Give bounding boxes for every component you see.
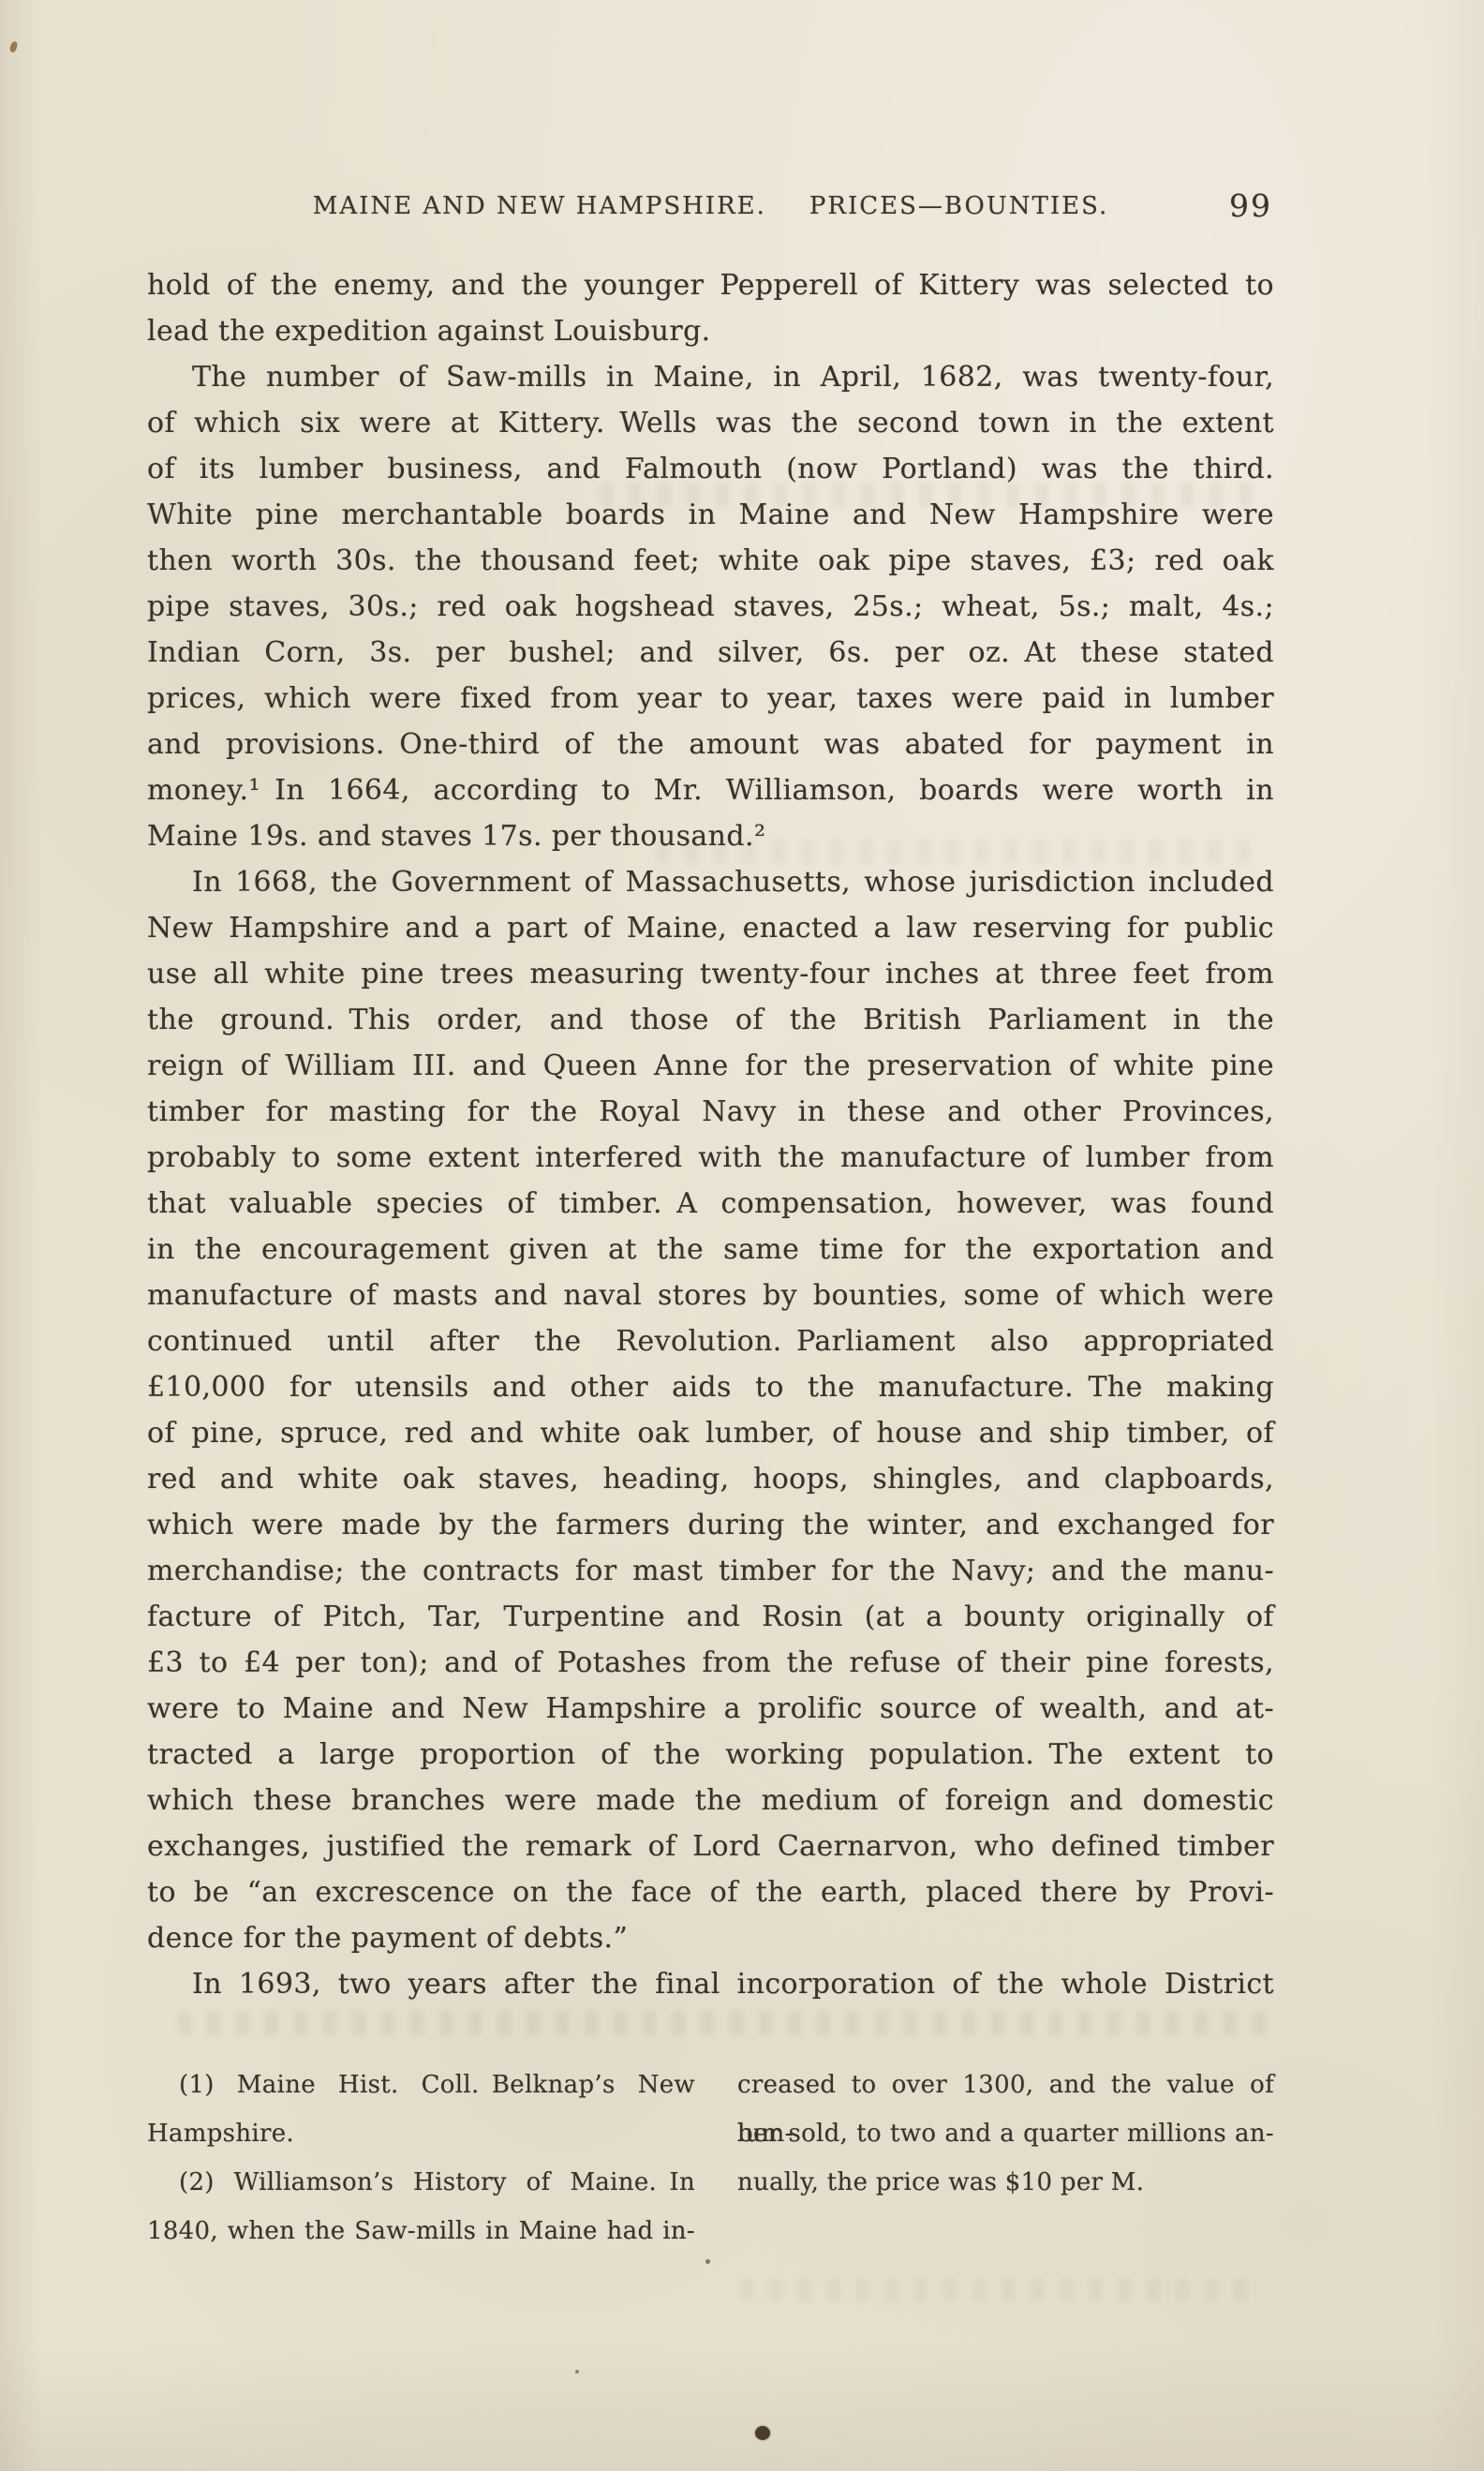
- body-line: hold of the enemy, and the younger Peppe…: [147, 262, 1274, 308]
- body-line: Indian Corn, 3s. per bushel; and silver,…: [147, 630, 1274, 676]
- body-line: were to Maine and New Hampshire a prolif…: [147, 1686, 1274, 1732]
- body-line: £3 to £4 per ton); and of Potashes from …: [147, 1640, 1274, 1686]
- body-line: manufacture of masts and naval stores by…: [147, 1273, 1274, 1318]
- footnote-line: (2) Williamson’s History of Maine. In: [147, 2158, 695, 2207]
- body-line: Maine 19s. and staves 17s. per thousand.…: [147, 813, 1274, 859]
- body-line: The number of Saw-mills in Maine, in Apr…: [147, 354, 1274, 400]
- body-line: White pine merchantable boards in Maine …: [147, 492, 1274, 538]
- footnote-line: nually, the price was $10 per M.: [737, 2158, 1274, 2207]
- body-line: £10,000 for utensils and other aids to t…: [147, 1364, 1274, 1410]
- running-title-right: PRICES—BOUNTIES.: [809, 192, 1108, 220]
- body-line: red and white oak staves, heading, hoops…: [147, 1456, 1274, 1502]
- body-line: pipe staves, 30s.; red oak hogshead stav…: [147, 584, 1274, 630]
- body-line: of its lumber business, and Falmouth (no…: [147, 446, 1274, 492]
- body-line: merchandise; the contracts for mast timb…: [147, 1548, 1274, 1594]
- footnote-right-column: creased to over 1300, and the value of l…: [737, 2061, 1274, 2207]
- footnote-line: (1) Maine Hist. Coll. Belknap’s New: [147, 2061, 695, 2109]
- body-line: money.¹ In 1664, according to Mr. Willia…: [147, 767, 1274, 813]
- body-line: to be “an excrescence on the face of the…: [147, 1869, 1274, 1915]
- body-line: tracted a large proportion of the workin…: [147, 1732, 1274, 1778]
- body-line: timber for masting for the Royal Navy in…: [147, 1089, 1274, 1135]
- ink-speck: [9, 40, 18, 52]
- body-line: which were made by the farmers during th…: [147, 1502, 1274, 1548]
- body-line: lead the expedition against Louisburg.: [147, 308, 1274, 354]
- ink-speck: [575, 2370, 579, 2374]
- body-line: In 1693, two years after the final incor…: [147, 1961, 1274, 2007]
- footnote-line: ber sold, to two and a quarter millions …: [737, 2109, 1274, 2158]
- body-line: use all white pine trees measuring twent…: [147, 951, 1274, 997]
- body-line: the ground. This order, and those of the…: [147, 997, 1274, 1043]
- body-line: prices, which were fixed from year to ye…: [147, 676, 1274, 722]
- ink-speck: [755, 2426, 770, 2440]
- ink-speck: [705, 2259, 710, 2264]
- running-title: MAINE AND NEW HAMPSHIRE.PRICES—BOUNTIES.: [147, 185, 1274, 228]
- body-line: facture of Pitch, Tar, Turpentine and Ro…: [147, 1594, 1274, 1640]
- body-line: dence for the payment of debts.”: [147, 1915, 1274, 1961]
- body-line: of which six were at Kittery. Wells was …: [147, 400, 1274, 446]
- body-line: and provisions. One-third of the amount …: [147, 722, 1274, 767]
- body-line: In 1668, the Government of Massachusetts…: [147, 859, 1274, 905]
- bleed-through-smudge: [740, 2279, 1265, 2301]
- footnote-line: Hampshire.: [147, 2109, 695, 2158]
- body-line: New Hampshire and a part of Maine, enact…: [147, 905, 1274, 951]
- body-line: probably to some extent interfered with …: [147, 1135, 1274, 1181]
- running-title-left: MAINE AND NEW HAMPSHIRE.: [313, 192, 766, 220]
- body-text: hold of the enemy, and the younger Peppe…: [147, 262, 1274, 2007]
- page-number: 99: [1229, 186, 1272, 227]
- body-line: then worth 30s. the thousand feet; white…: [147, 538, 1274, 584]
- body-line: exchanges, justified the remark of Lord …: [147, 1823, 1274, 1869]
- body-line: which these branches were made the mediu…: [147, 1778, 1274, 1823]
- body-line: in the encouragement given at the same t…: [147, 1227, 1274, 1273]
- body-line: of pine, spruce, red and white oak lumbe…: [147, 1410, 1274, 1456]
- body-line: reign of William III. and Queen Anne for…: [147, 1043, 1274, 1089]
- footnote-line: creased to over 1300, and the value of l…: [737, 2061, 1274, 2109]
- body-line: continued until after the Revolution. Pa…: [147, 1318, 1274, 1364]
- footnote-left-column: (1) Maine Hist. Coll. Belknap’s New Hamp…: [147, 2061, 695, 2255]
- bleed-through-smudge: [178, 2011, 1279, 2035]
- body-line: that valuable species of timber. A compe…: [147, 1181, 1274, 1227]
- book-page-scan: MAINE AND NEW HAMPSHIRE.PRICES—BOUNTIES.…: [0, 0, 1484, 2471]
- page-header: MAINE AND NEW HAMPSHIRE.PRICES—BOUNTIES.…: [147, 185, 1274, 228]
- footnote-line: 1840, when the Saw-mills in Maine had in…: [147, 2207, 695, 2255]
